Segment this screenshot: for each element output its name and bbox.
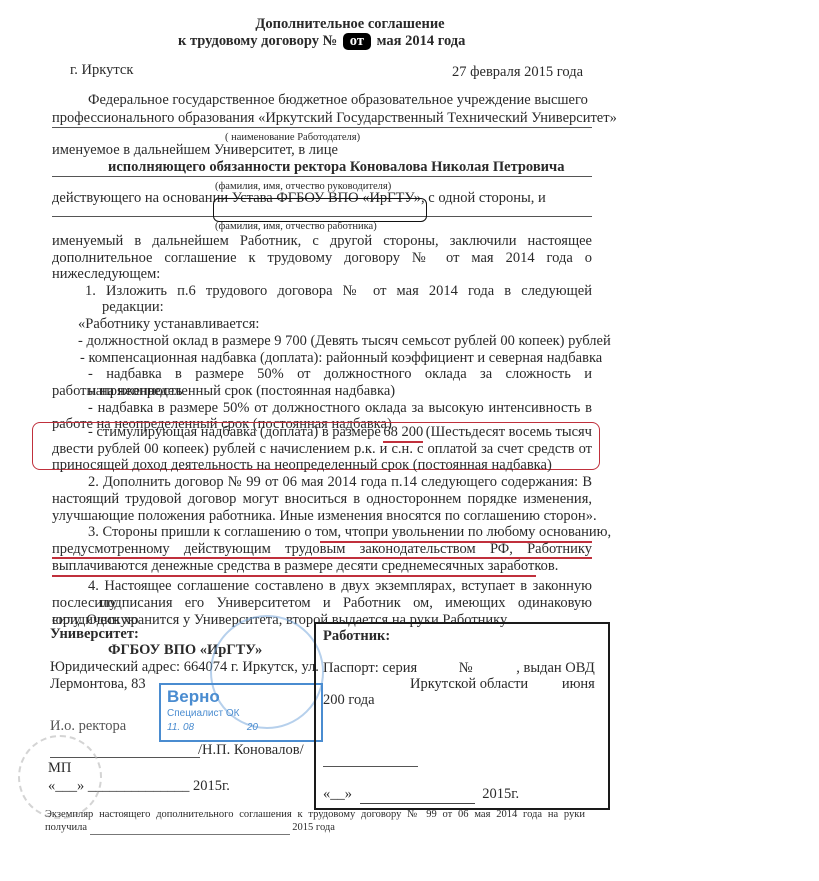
head-name: исполняющего обязанности ректора Коновал… bbox=[108, 159, 564, 176]
passport-line-2: Иркутской области июня bbox=[410, 676, 595, 693]
employee-sign-date: «__» 2015г. bbox=[323, 786, 519, 804]
intro-line-1: именуемый в дальнейшем Работник, с друго… bbox=[52, 233, 592, 250]
compensation-line: - компенсационная надбавка (доплата): ра… bbox=[80, 350, 602, 367]
stamp-role: Специалист ОК bbox=[167, 708, 239, 719]
footer-received: получила bbox=[45, 822, 87, 833]
divider bbox=[52, 127, 592, 128]
intro-line-2: дополнительное соглашение к трудовому до… bbox=[52, 250, 592, 267]
subtitle-prefix: к трудовому договору № bbox=[178, 33, 337, 49]
clause-3-line-2: предусмотренному действующим трудовым за… bbox=[52, 541, 592, 558]
faded-seal-icon bbox=[18, 735, 102, 819]
clause-2-line-1: 2. Дополнить договор № 99 от 06 мая 2014… bbox=[88, 474, 592, 491]
salary-line: - должностной оклад в размере 9 700 (Дев… bbox=[78, 333, 611, 350]
intro-line-3: нижеследующем: bbox=[52, 266, 160, 283]
clause-3-line-1: 3. Стороны пришли к соглашению о том, чт… bbox=[88, 524, 592, 541]
stamp-day: 11 bbox=[167, 722, 177, 733]
document-title: Дополнительное соглашение bbox=[0, 16, 700, 33]
document-date: 27 февраля 2015 года bbox=[452, 64, 583, 81]
bonus-1-line-2: работы на неопределенный срок (постоянна… bbox=[52, 383, 395, 400]
passport-month: июня bbox=[562, 676, 595, 692]
clause-3-prefix: 3. Стороны пришли к соглашению о том, чт… bbox=[88, 524, 365, 541]
clause-2-line-3: улучшающие положения работника. Иные изм… bbox=[52, 508, 597, 525]
stamp-date: 11. 08 20 bbox=[167, 722, 258, 733]
passport-line-1: Паспорт: серия № , выдан ОВД bbox=[323, 660, 595, 677]
city: г. Иркутск bbox=[70, 62, 133, 79]
stim-line-3: приносящей доход деятельность на неопред… bbox=[52, 457, 552, 474]
footer-line-2: получила 2015 года bbox=[45, 822, 335, 835]
employee-date-month-line bbox=[360, 786, 475, 804]
passport-series-label: Паспорт: серия bbox=[323, 660, 417, 676]
university-label: Университет: bbox=[50, 626, 139, 643]
acting-rector: И.о. ректора bbox=[50, 718, 126, 735]
clause-1-line-2: редакции: bbox=[102, 299, 164, 316]
stamp-title: Верно bbox=[167, 687, 220, 707]
clause-2-line-2: настоящий трудовой договор могут вносить… bbox=[52, 491, 592, 508]
employee-date-year: 2015г. bbox=[482, 786, 519, 802]
passport-region: Иркутской области bbox=[410, 676, 528, 692]
red-underline bbox=[52, 575, 536, 577]
employee-label: Работник: bbox=[323, 628, 390, 645]
stamp-year-prefix: 20 bbox=[247, 722, 258, 733]
divider bbox=[52, 176, 592, 177]
redacted-contract-number: от bbox=[343, 33, 371, 50]
passport-number-label: № bbox=[459, 660, 473, 676]
footer-line-1: Экземпляр настоящего дополнительного сог… bbox=[45, 809, 585, 821]
employer-line-1: Федеральное государственное бюджетное об… bbox=[88, 92, 588, 109]
passport-line-3: 200 года bbox=[323, 692, 375, 709]
employee-signature-line bbox=[323, 766, 418, 767]
stim-line-2: двести рублей 00 копеек) рублей с начисл… bbox=[52, 441, 592, 458]
bonus-2-line-1: - надбавка в размере 50% от должностного… bbox=[88, 400, 592, 417]
clause-1-intro: «Работнику устанавливается: bbox=[78, 316, 259, 333]
named-as: именуемое в дальнейшем Университет, в ли… bbox=[52, 142, 338, 159]
document-subtitle: к трудовому договору № от мая 2014 года bbox=[178, 33, 465, 50]
footer-year: 2015 года bbox=[292, 822, 335, 833]
clause-3-line-3: выплачиваются денежные средства в размер… bbox=[52, 558, 558, 575]
clause-1-line-1: 1. Изложить п.6 трудового договора № от … bbox=[85, 283, 592, 300]
clause-3-highlight: при увольнении по любому основанию, bbox=[365, 524, 611, 541]
certified-stamp: Верно Специалист ОК 11. 08 20 bbox=[159, 683, 323, 742]
employee-date-day: «__» bbox=[323, 786, 352, 802]
rector-signature: /Н.П. Коновалов/ bbox=[198, 742, 304, 759]
stamp-month: 08 bbox=[183, 722, 194, 733]
subtitle-suffix: мая 2014 года bbox=[377, 33, 466, 49]
employer-line-2: профессионального образования «Иркутский… bbox=[52, 110, 617, 127]
footer-signature-line bbox=[90, 822, 290, 835]
passport-issuer-label: , выдан ОВД bbox=[516, 660, 595, 676]
employee-signature-box bbox=[314, 622, 610, 810]
address-line-2: Лермонтова, 83 bbox=[50, 676, 146, 693]
